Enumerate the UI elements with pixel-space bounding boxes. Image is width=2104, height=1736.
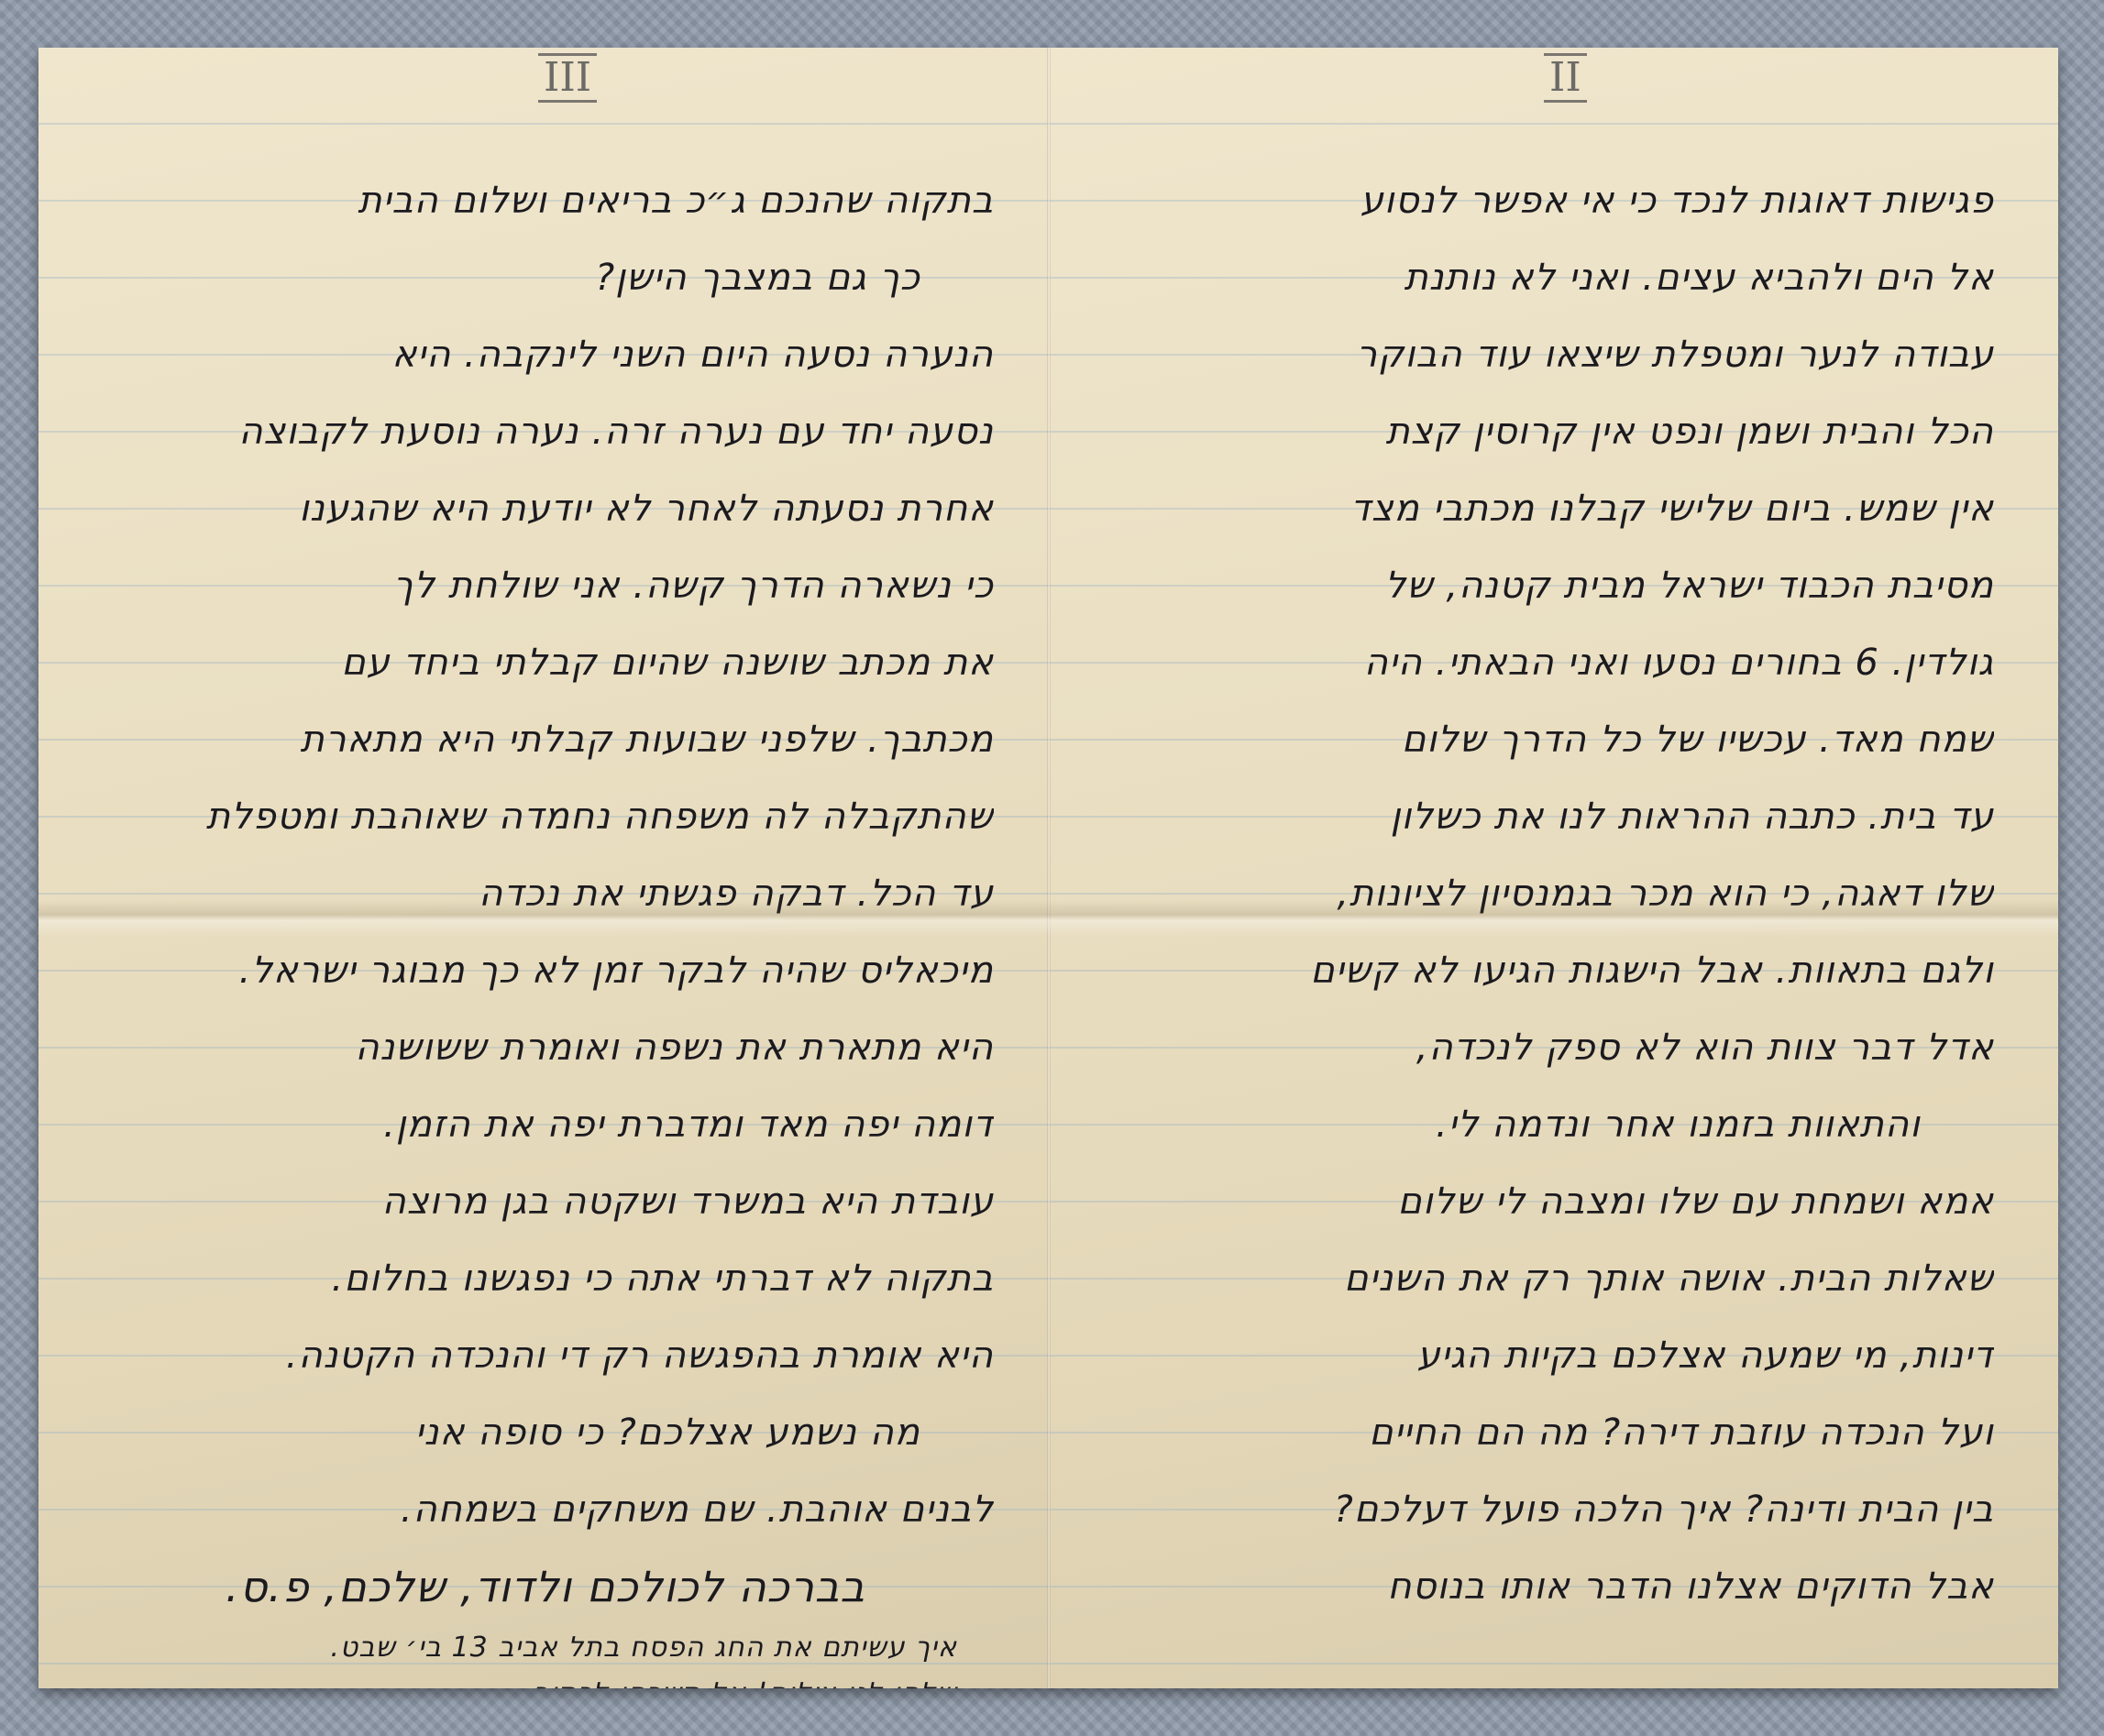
left-page: III בתקוה שהנכם ג״כ בריאים ושלום הבית כך… xyxy=(39,48,1049,1688)
text-line: לבנים אוהבת. שם משחקים בשמחה. xyxy=(59,1471,994,1548)
text-line: בין הבית ודינה? איך הלכה פועל דעלכם? xyxy=(1077,1471,1994,1548)
text-line: אדל דבר צוות הוא לא ספק לנכדה, xyxy=(1077,1009,1994,1086)
postscript-line: שלחו לנו צילום! אל תשכחו לכתוב. xyxy=(59,1671,994,1688)
page-number-left: III xyxy=(538,53,597,103)
text-line: כי נשארה הדרך קשה. אני שולחת לך xyxy=(59,547,994,624)
text-line: בתקוה שהנכם ג״כ בריאים ושלום הבית xyxy=(59,162,994,239)
text-line: כך גם במצבך הישן? xyxy=(59,239,994,316)
text-line: אחרת נסעתה לאחר לא יודעת היא שהגענו xyxy=(59,470,994,547)
text-line: בתקוה לא דברתי אתה כי נפגשנו בחלום. xyxy=(59,1240,994,1317)
text-line: עבודה לנער ומטפלת שיצאו עוד הבוקר xyxy=(1077,316,1994,393)
text-line: שאלות הבית. אושה אותך רק את השנים xyxy=(1077,1240,1994,1317)
text-line: מסיבת הכבוד ישראל מבית קטנה, של xyxy=(1077,547,1994,624)
text-line: את מכתב שושנה שהיום קבלתי ביחד עם xyxy=(59,624,994,701)
text-line: הכל והבית ושמן ונפט אין קרוסין קצת xyxy=(1077,393,1994,470)
text-line: גולדין. 6 בחורים נסעו ואני הבאתי. היה xyxy=(1077,624,1994,701)
text-line: היא אומרת בהפגשה רק די והנכדה הקטנה. xyxy=(59,1317,994,1394)
page-number-right: II xyxy=(1544,53,1587,103)
text-line: דינות, מי שמעה אצלכם בקיות הגיע xyxy=(1077,1317,1994,1394)
letter-sheet: III בתקוה שהנכם ג״כ בריאים ושלום הבית כך… xyxy=(39,48,2058,1688)
postscript-line: איך עשיתם את החג הפסח בתל אביב 13 בי׳ שב… xyxy=(59,1625,994,1671)
text-line: שמח מאד. עכשיו של כל הדרך שלום xyxy=(1077,701,1994,778)
text-line: אין שמש. ביום שלישי קבלנו מכתבי מצד xyxy=(1077,470,1994,547)
horizontal-fold-crease xyxy=(39,900,2058,937)
text-line: אבל הדוקים אצלנו הדבר אותו בנוסח xyxy=(1077,1548,1994,1625)
text-line: ולגם בתאוות. אבל הישגות הגיעו לא קשים xyxy=(1077,932,1994,1009)
right-page-text: פגישות דאוגות לנכד כי אי אפשר לנסוע אל ה… xyxy=(1077,162,1994,1625)
text-line: והתאוות בזמנו אחר ונדמה לי. xyxy=(1077,1086,1994,1163)
text-line: מכתבך. שלפני שבועות קבלתי היא מתארת xyxy=(59,701,994,778)
text-line: היא מתארת את נשפה ואומרת ששושנה xyxy=(59,1009,994,1086)
text-line: אל הים ולהביא עצים. ואני לא נותנת xyxy=(1077,239,1994,316)
text-line: מה נשמע אצלכם? כי סופה אני xyxy=(59,1394,994,1471)
text-line: אמא ושמחת עם שלו ומצבה לי שלום xyxy=(1077,1163,1994,1240)
text-line: עובדת היא במשרד ושקטה בגן מרוצה xyxy=(59,1163,994,1240)
text-line: פגישות דאוגות לנכד כי אי אפשר לנסוע xyxy=(1077,162,1994,239)
closing-signature: בברכה לכולכם ולדוד, שלכם, פ.ס. xyxy=(59,1548,994,1625)
text-line: נסעה יחד עם נערה זרה. נערה נוסעת לקבוצה xyxy=(59,393,994,470)
vertical-fold-crease xyxy=(1047,48,1051,1688)
right-page: II פגישות דאוגות לנכד כי אי אפשר לנסוע א… xyxy=(1049,48,2058,1688)
text-line: עד בית. כתבה ההראות לנו את כשלון xyxy=(1077,778,1994,855)
text-line: דומה יפה מאד ומדברת יפה את הזמן. xyxy=(59,1086,994,1163)
text-line: שהתקבלה לה משפחה נחמדה שאוהבת ומטפלת xyxy=(59,778,994,855)
text-line: ועל הנכדה עוזבת דירה? מה הם החיים xyxy=(1077,1394,1994,1471)
text-line: מיכאליס שהיה לבקר זמן לא כך מבוגר ישראל. xyxy=(59,932,994,1009)
text-line: הנערה נסעה היום השני לינקבה. היא xyxy=(59,316,994,393)
